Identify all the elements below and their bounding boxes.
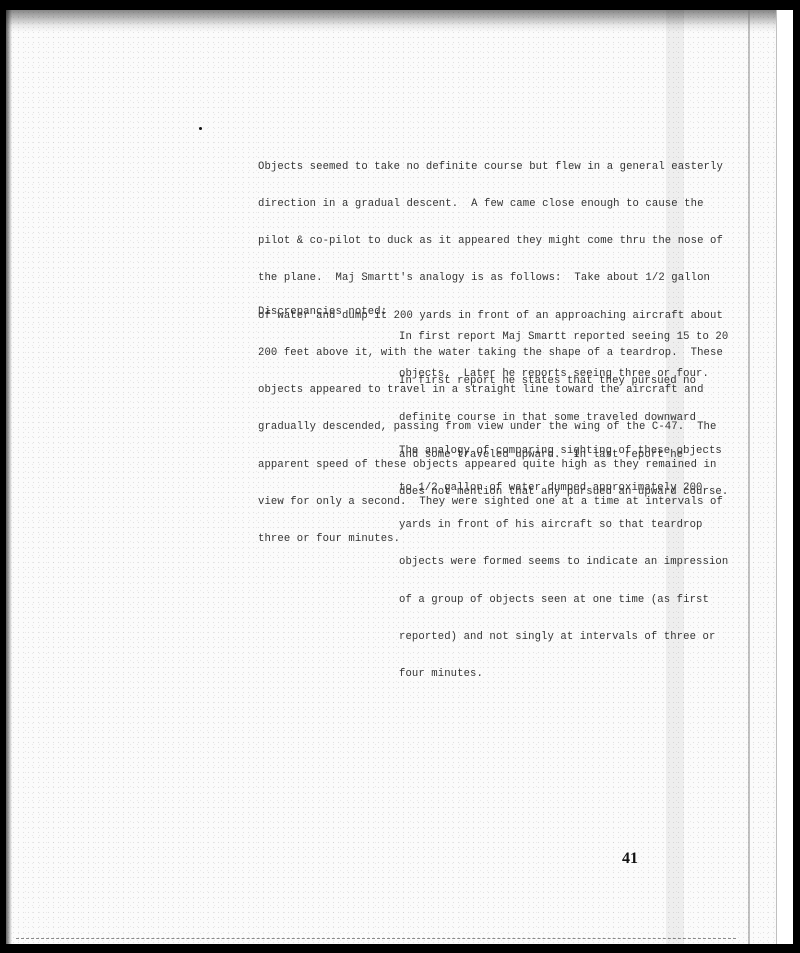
scan-left-edge	[6, 10, 12, 944]
text-line: The analogy of comparing sighting of the…	[399, 445, 744, 457]
text-line: to 1/2 gallon of water dumped approximat…	[399, 482, 744, 494]
text-line: of a group of objects seen at one time (…	[399, 594, 744, 606]
text-line: direction in a gradual descent. A few ca…	[258, 198, 738, 210]
text-line: four minutes.	[399, 668, 744, 680]
discrepancy-item: The analogy of comparing sighting of the…	[399, 420, 744, 705]
scanned-document: Objects seemed to take no definite cours…	[0, 0, 800, 953]
text-line: In first report he states that they purs…	[399, 375, 744, 387]
page-number: 41	[622, 850, 638, 868]
text-line: Objects seemed to take no definite cours…	[258, 161, 738, 173]
stray-mark	[199, 127, 202, 130]
page-fold-line	[748, 10, 750, 944]
discrepancies-label: Discrepancies noted:	[258, 306, 387, 318]
text-line: In first report Maj Smartt reported seei…	[399, 331, 744, 343]
text-line: pilot & co-pilot to duck as it appeared …	[258, 235, 738, 247]
text-line: yards in front of his aircraft so that t…	[399, 519, 744, 531]
text-line: the plane. Maj Smartt's analogy is as fo…	[258, 272, 738, 284]
text-line: reported) and not singly at intervals of…	[399, 631, 744, 643]
scan-right-strip	[776, 10, 793, 944]
text-line: objects were formed seems to indicate an…	[399, 556, 744, 568]
bottom-dashed-line	[16, 938, 736, 939]
